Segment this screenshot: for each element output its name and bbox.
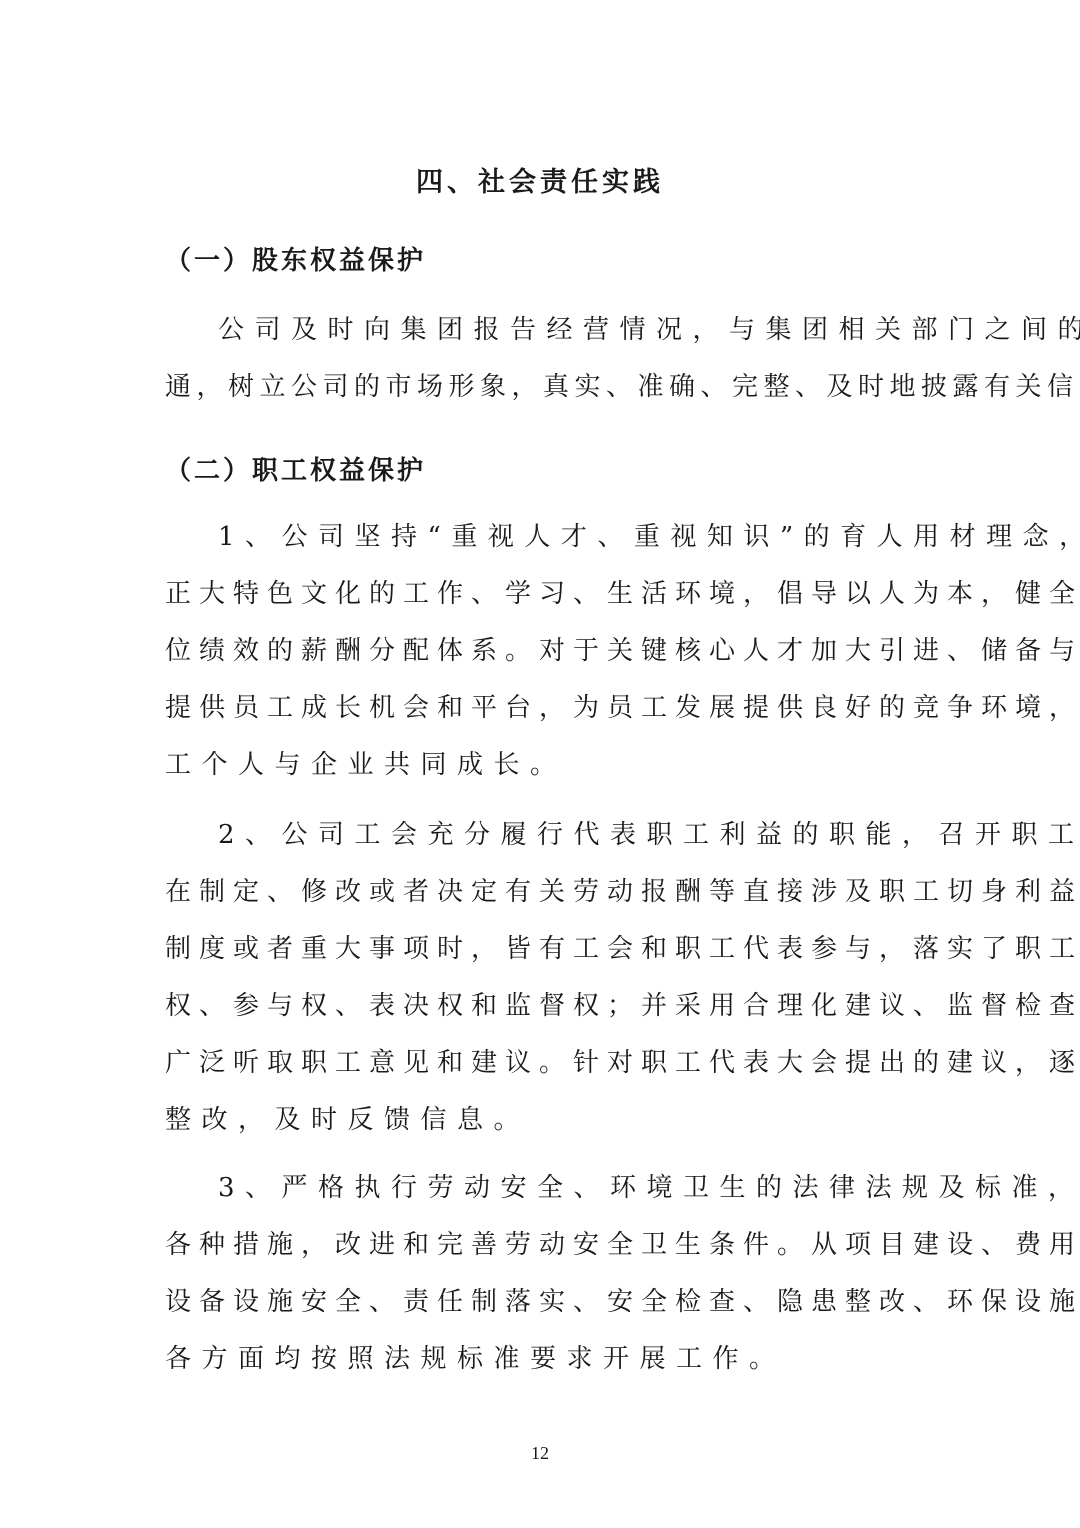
paragraph-line: 制度或者重大事项时，皆有工会和职工代表参与，落实了职工的知情 [165,932,917,966]
paragraph-line: 提供员工成长机会和平台，为员工发展提供良好的竞争环境，促进员 [165,691,917,725]
section-heading-employee-rights: （二）职工权益保护 [165,450,426,487]
paragraph-line: 整改，及时反馈信息。 [165,1103,917,1137]
paragraph-line: 1、公司坚持“重视人才、重视知识”的育人用材理念，建设具有 [218,520,918,554]
paragraph-line: 在制定、修改或者决定有关劳动报酬等直接涉及职工切身利益的规章 [165,875,917,909]
paragraph-line: 工个人与企业共同成长。 [165,748,917,782]
paragraph-line: 各方面均按照法规标准要求开展工作。 [165,1342,917,1376]
paragraph-line: 位绩效的薪酬分配体系。对于关键核心人才加大引进、储备与培养， [165,634,917,668]
document-page: 四、社会责任实践 （一）股东权益保护 公司及时向集团报告经营情况，与集团相关部门… [0,0,1080,1528]
paragraph-line: 正大特色文化的工作、学习、生活环境，倡导以人为本，健全基于岗 [165,577,917,611]
paragraph-line: 广泛听取职工意见和建议。针对职工代表大会提出的建议，逐一落实 [165,1046,917,1080]
section-heading-shareholder-rights: （一）股东权益保护 [165,240,426,277]
paragraph-line: 通，树立公司的市场形象，真实、准确、完整、及时地披露有关信息。 [165,370,917,404]
paragraph-line: 3、严格执行劳动安全、环境卫生的法律法规及标准，积极采取 [218,1171,918,1205]
page-title: 四、社会责任实践 [0,160,1080,199]
page-number: 12 [0,1443,1080,1464]
paragraph-line: 权、参与权、表决权和监督权；并采用合理化建议、监督检查等形式， [165,989,917,1023]
paragraph-line: 设备设施安全、责任制落实、安全检查、隐患整改、环保设施运转等 [165,1285,917,1319]
paragraph-line: 公司及时向集团报告经营情况，与集团相关部门之间的良性沟 [218,313,918,347]
paragraph-line: 2、公司工会充分履行代表职工利益的职能，召开职工代表大会， [218,818,918,852]
paragraph-line: 各种措施，改进和完善劳动安全卫生条件。从项目建设、费用投入、 [165,1228,917,1262]
